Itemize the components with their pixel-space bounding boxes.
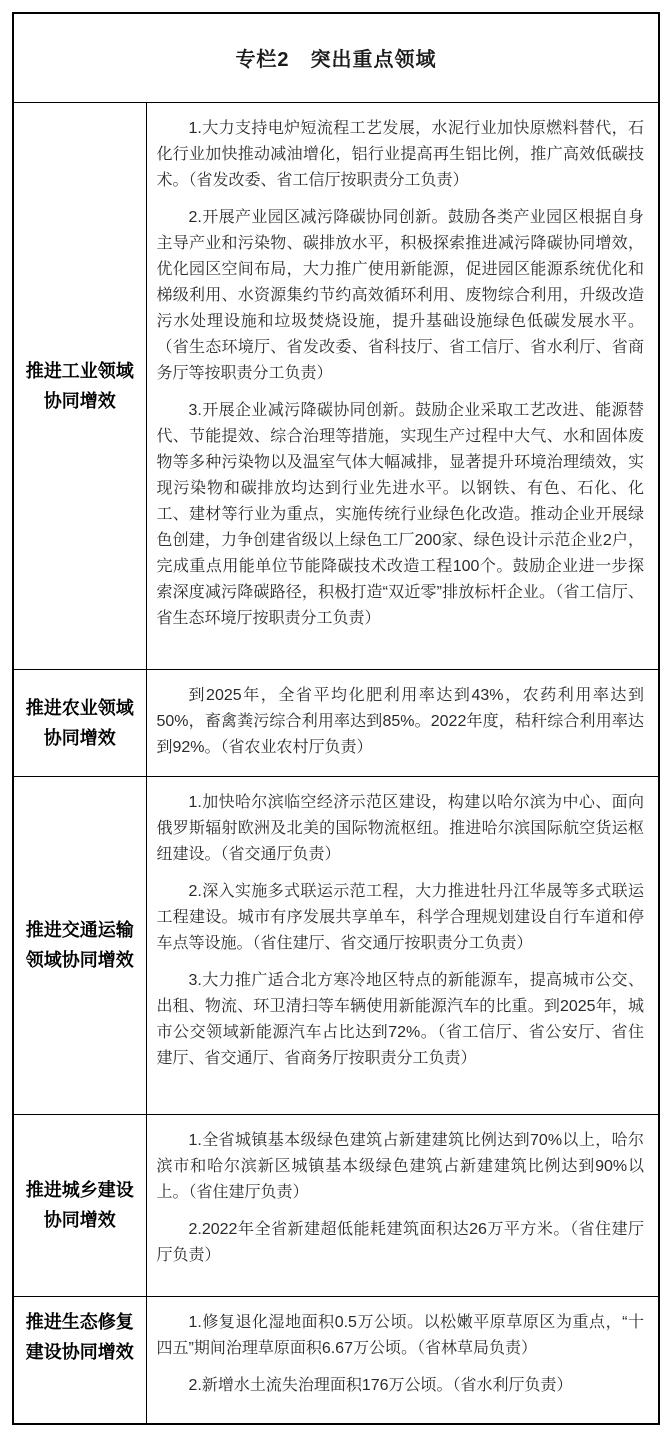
document-page: 专栏2 突出重点领域 推进工业领域协同增效 1.大力支持电炉短流程工艺发展，水泥… — [0, 0, 670, 1438]
row-label: 推进工业领域协同增效 — [13, 102, 146, 670]
paragraph: 2.深入实施多式联运示范工程，大力推进牡丹江华晟等多式联运工程建设。城市有序发展… — [157, 879, 645, 957]
table-row: 推进工业领域协同增效 1.大力支持电炉短流程工艺发展，水泥行业加快原燃料替代，石… — [13, 102, 659, 670]
table-row: 推进城乡建设协同增效 1.全省城镇基本级绿色建筑占新建建筑比例达到70%以上，哈… — [13, 1115, 659, 1297]
paragraph: 2.2022年全省新建超低能耗建筑面积达26万平方米。（省住建厅厅负责） — [157, 1217, 645, 1269]
row-label: 推进城乡建设协同增效 — [13, 1115, 146, 1297]
paragraph: 1.全省城镇基本级绿色建筑占新建建筑比例达到70%以上，哈尔滨市和哈尔滨新区城镇… — [157, 1128, 645, 1206]
row-content: 1.加快哈尔滨临空经济示范区建设，构建以哈尔滨为中心、面向俄罗斯辐射欧洲及北美的… — [146, 776, 659, 1115]
paragraph: 3.开展企业减污降碳协同创新。鼓励企业采取工艺改进、能源替代、节能提效、综合治理… — [157, 398, 645, 632]
row-content: 1.全省城镇基本级绿色建筑占新建建筑比例达到70%以上，哈尔滨市和哈尔滨新区城镇… — [146, 1115, 659, 1297]
key-areas-table: 专栏2 突出重点领域 推进工业领域协同增效 1.大力支持电炉短流程工艺发展，水泥… — [12, 12, 660, 1425]
row-content: 1.修复退化湿地面积0.5万公顷。以松嫩平原草原区为重点，“十四五”期间治理草原… — [146, 1296, 659, 1424]
paragraph: 3.大力推广适合北方寒冷地区特点的新能源车，提高城市公交、出租、物流、环卫清扫等… — [157, 968, 645, 1072]
row-label: 推进农业领域协同增效 — [13, 670, 146, 776]
paragraph: 1.大力支持电炉短流程工艺发展，水泥行业加快原燃料替代，石化行业加快推动减油增化… — [157, 116, 645, 194]
row-content: 1.大力支持电炉短流程工艺发展，水泥行业加快原燃料替代，石化行业加快推动减油增化… — [146, 102, 659, 670]
paragraph: 2.开展产业园区减污降碳协同创新。鼓励各类产业园区根据自身主导产业和污染物、碳排… — [157, 205, 645, 387]
paragraph: 2.新增水土流失治理面积176万公顷。（省水利厅负责） — [157, 1373, 645, 1399]
paragraph: 1.加快哈尔滨临空经济示范区建设，构建以哈尔滨为中心、面向俄罗斯辐射欧洲及北美的… — [157, 790, 645, 868]
row-label: 推进生态修复建设协同增效 — [13, 1296, 146, 1424]
table-row: 推进交通运输领域协同增效 1.加快哈尔滨临空经济示范区建设，构建以哈尔滨为中心、… — [13, 776, 659, 1115]
table-header-row: 专栏2 突出重点领域 — [13, 13, 659, 102]
table-body: 推进工业领域协同增效 1.大力支持电炉短流程工艺发展，水泥行业加快原燃料替代，石… — [13, 102, 659, 1424]
table-row: 推进农业领域协同增效 到2025年，全省平均化肥利用率达到43%，农药利用率达到… — [13, 670, 659, 776]
paragraph: 1.修复退化湿地面积0.5万公顷。以松嫩平原草原区为重点，“十四五”期间治理草原… — [157, 1310, 645, 1362]
paragraph: 到2025年，全省平均化肥利用率达到43%，农药利用率达到50%，畜禽粪污综合利… — [157, 683, 645, 761]
row-label: 推进交通运输领域协同增效 — [13, 776, 146, 1115]
table-row: 推进生态修复建设协同增效 1.修复退化湿地面积0.5万公顷。以松嫩平原草原区为重… — [13, 1296, 659, 1424]
table-title: 专栏2 突出重点领域 — [13, 13, 659, 102]
row-content: 到2025年，全省平均化肥利用率达到43%，农药利用率达到50%，畜禽粪污综合利… — [146, 670, 659, 776]
